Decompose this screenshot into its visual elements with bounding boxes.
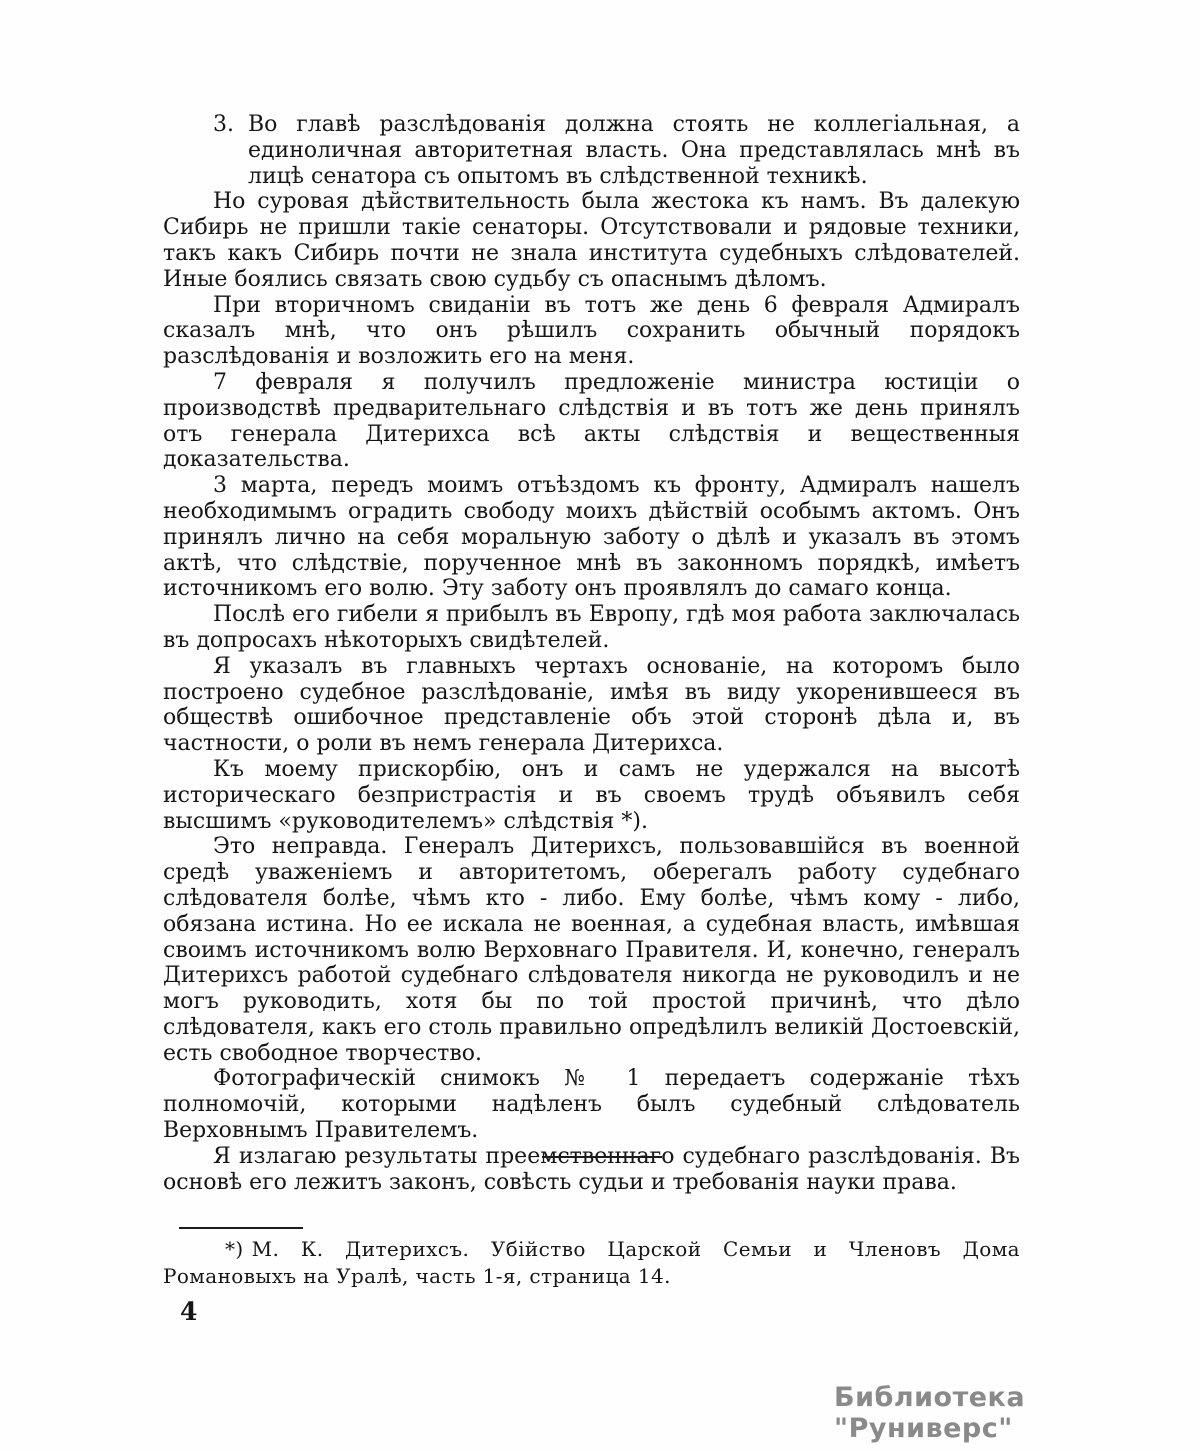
- footnote-separator-rule: [179, 1227, 303, 1229]
- numbered-item-3: 3.Во главѣ разслѣдованія должна стоять н…: [213, 112, 1020, 189]
- page-number: 4: [180, 1297, 197, 1326]
- footnote: *)М. К. Дитерихсъ. Убійство Царской Семь…: [163, 1236, 1020, 1290]
- section-divider-rule: [542, 1156, 662, 1158]
- footnote-marker: *): [225, 1237, 252, 1261]
- main-text-block: 3.Во главѣ разслѣдованія должна стоять н…: [163, 112, 1020, 1195]
- body-paragraph: Это неправда. Генералъ Дитерихсъ, пользо…: [163, 834, 1020, 1066]
- item-text: Во главѣ разслѣдованія должна стоять не …: [248, 112, 1020, 189]
- library-watermark: Библиотека "Руниверс": [834, 1382, 1200, 1444]
- item-number: 3.: [213, 112, 248, 138]
- body-paragraph: Къ моему прискорбію, онъ и самъ не удерж…: [163, 757, 1020, 834]
- body-paragraph: Послѣ его гибели я прибылъ въ Европу, гд…: [163, 602, 1020, 654]
- body-paragraph: Я указалъ въ главныхъ чертахъ основаніе,…: [163, 654, 1020, 757]
- body-paragraph: Я излагаю результаты преемственнаго суде…: [163, 1144, 1020, 1196]
- footnote-text: М. К. Дитерихсъ. Убійство Царской Семьи …: [163, 1237, 1020, 1288]
- scanned-book-page: 3.Во главѣ разслѣдованія должна стоять н…: [0, 0, 1200, 1451]
- body-paragraph: 7 февраля я получилъ предложеніе министр…: [163, 370, 1020, 473]
- body-paragraph: 3 марта, передъ моимъ отъѣздомъ къ фронт…: [163, 473, 1020, 602]
- body-paragraph: Фотографическій снимокъ № 1 передаетъ со…: [163, 1066, 1020, 1143]
- body-paragraph: Но суровая дѣйствительность была жестока…: [163, 189, 1020, 292]
- body-paragraph: При вторичномъ свиданіи въ тотъ же день …: [163, 293, 1020, 370]
